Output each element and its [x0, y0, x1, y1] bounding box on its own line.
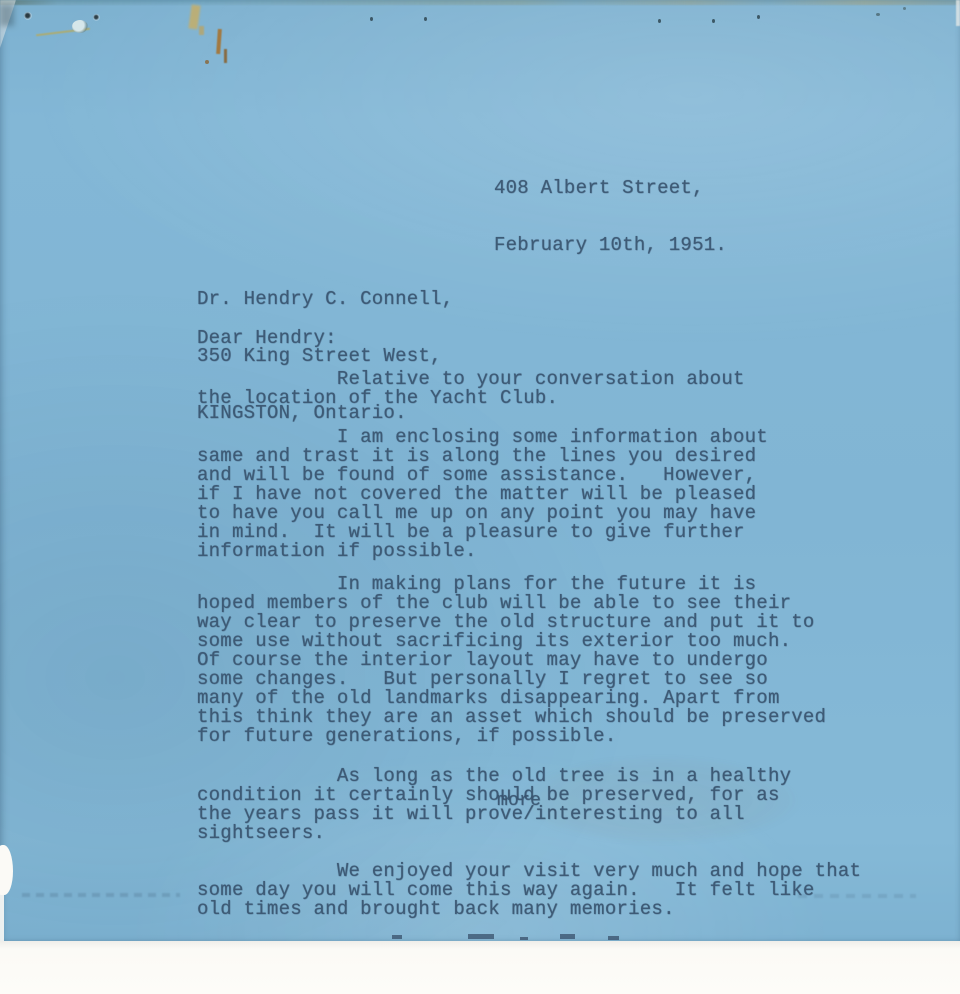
cutoff-line-fragment — [608, 936, 619, 940]
paper-top-edge-stain — [0, 0, 960, 5]
speck — [903, 7, 906, 10]
speck — [876, 13, 880, 16]
recipient-name: Dr. Hendry C. Connell, — [197, 290, 453, 309]
left-edge-torn-notch — [0, 845, 13, 895]
letter-date: February 10th, 1951. — [494, 236, 727, 255]
staple-scratch — [36, 28, 90, 37]
cutoff-line-fragment — [468, 934, 494, 939]
paper-tear-blob — [72, 20, 88, 33]
paragraph-1: Relative to your conversation about the … — [197, 370, 745, 408]
paragraph-2: I am enclosing some information about sa… — [197, 428, 768, 561]
rust-stain — [216, 29, 222, 54]
rust-stain — [205, 60, 209, 64]
blue-letter-paper: 408 Albert Street, February 10th, 1951. … — [0, 0, 960, 942]
ghost-offset-print-left — [22, 893, 180, 897]
sender-date-block: 408 Albert Street, February 10th, 1951. — [494, 141, 727, 293]
cutoff-line-fragment — [560, 934, 575, 939]
pin-hole — [712, 19, 715, 23]
staple-hole — [24, 12, 32, 20]
pin-hole — [658, 19, 661, 23]
typed-insertion-more: more — [497, 792, 541, 811]
staple-hole — [93, 14, 100, 21]
cutoff-line-fragment — [520, 937, 528, 940]
salutation: Dear Hendry: — [197, 329, 337, 348]
pin-hole — [370, 17, 373, 21]
paragraph-5: We enjoyed your visit very much and hope… — [197, 862, 861, 919]
top-left-corner-tear — [0, 0, 16, 48]
paragraph-3: In making plans for the future it is hop… — [197, 575, 826, 746]
pin-hole — [424, 17, 427, 21]
sender-address: 408 Albert Street, — [494, 179, 727, 198]
top-left-smudge — [0, 4, 14, 26]
rust-stain — [224, 49, 227, 63]
yellow-stain — [199, 26, 204, 35]
recipient-street: 350 King Street West, — [197, 347, 453, 366]
top-right-edge-sliver — [956, 0, 960, 26]
paragraph-4: As long as the old tree is in a healthy … — [197, 767, 791, 843]
yellow-stain — [188, 4, 200, 29]
left-edge-white-strip — [0, 878, 4, 941]
scanned-letter-page: { "document": { "description": "Typewrit… — [0, 0, 960, 994]
cutoff-line-fragment — [392, 935, 402, 939]
scanner-backing — [0, 941, 960, 994]
pin-hole — [757, 15, 760, 19]
